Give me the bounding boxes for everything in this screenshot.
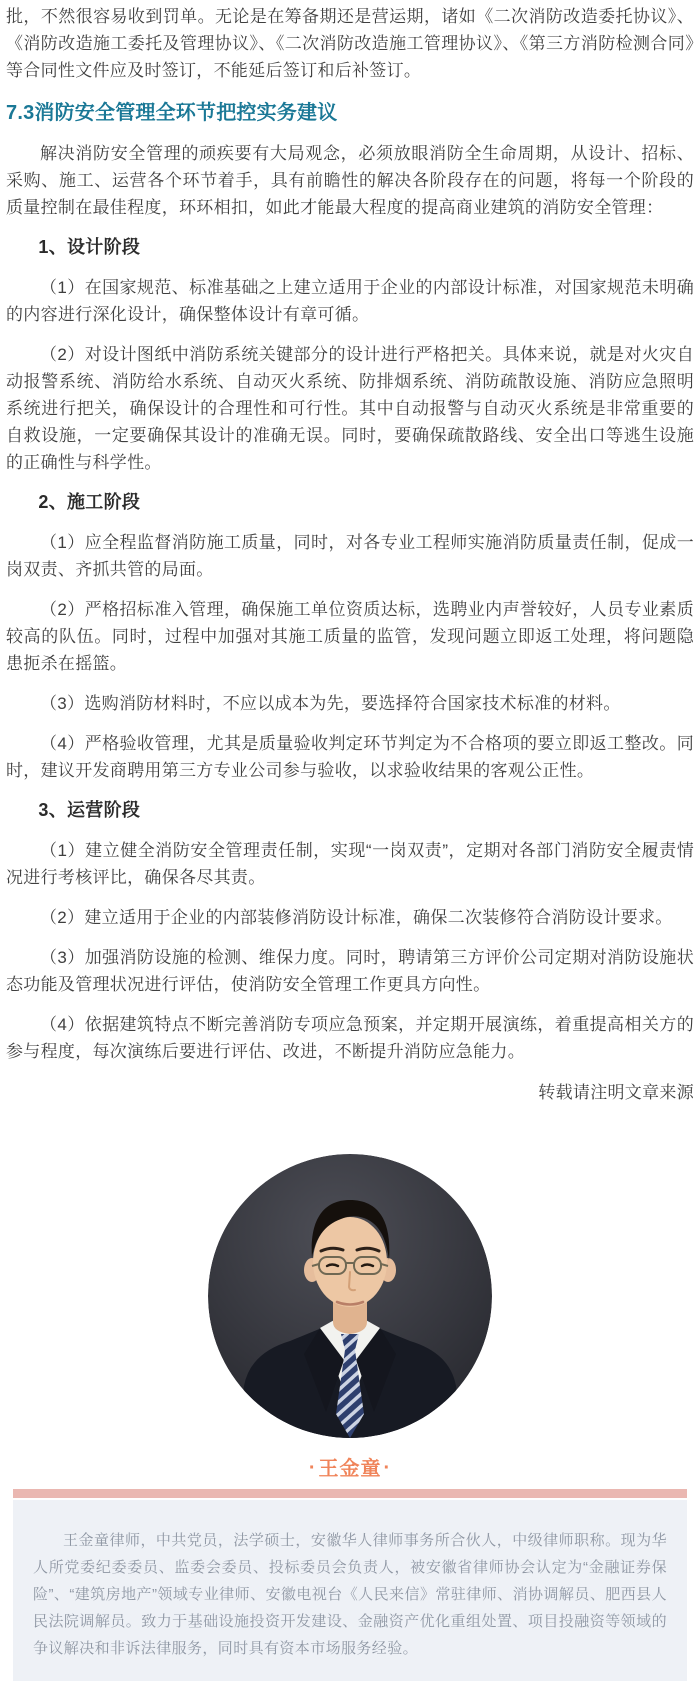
paragraph-construction-1: （1）应全程监督消防施工质量，同时，对各专业工程师实施消防质量责任制，促成一岗双… bbox=[6, 529, 694, 583]
section-heading-7-3: 7.3消防安全管理全环节把控实务建议 bbox=[6, 100, 694, 126]
paragraph-operation-1: （1）建立健全消防安全管理责任制，实现“一岗双责”，定期对各部门消防安全履责情况… bbox=[6, 837, 694, 891]
name-right-dot: · bbox=[382, 1457, 394, 1479]
paragraph-design-2: （2）对设计图纸中消防系统关键部分的设计进行严格把关。具体来说，就是对火灾自动报… bbox=[6, 341, 694, 476]
stage-heading-design: 1、设计阶段 bbox=[6, 234, 694, 261]
paragraph-design-1: （1）在国家规范、标准基础之上建立适用于企业的内部设计标准，对国家规范未明确的内… bbox=[6, 274, 694, 328]
article-page: 批，不然很容易收到罚单。无论是在筹备期还是营运期，诸如《二次消防改造委托协议》、… bbox=[0, 0, 700, 1681]
portrait-photo bbox=[208, 1154, 492, 1438]
author-name: ·王金童· bbox=[6, 1458, 694, 1480]
stage-heading-operation: 3、运营阶段 bbox=[6, 797, 694, 824]
paragraph-construction-2: （2）严格招标准入管理，确保施工单位资质达标，选聘业内声誉较好，人员专业素质较高… bbox=[6, 596, 694, 677]
paragraph-contract-signing: 批，不然很容易收到罚单。无论是在筹备期还是营运期，诸如《二次消防改造委托协议》、… bbox=[6, 3, 694, 84]
author-portrait-section bbox=[6, 1154, 694, 1446]
author-name-text: 王金童 bbox=[319, 1458, 382, 1480]
paragraph-construction-3: （3）选购消防材料时，不应以成本为先，要选择符合国家技术标准的材料。 bbox=[6, 690, 694, 717]
author-bio-text: 王金童律师，中共党员，法学硕士，安徽华人律师事务所合伙人，中级律师职称。现为华人… bbox=[33, 1527, 667, 1662]
pink-divider-bar bbox=[13, 1489, 687, 1498]
paragraph-construction-4: （4）严格验收管理，尤其是质量验收判定环节判定为不合格项的要立即返工整改。同时，… bbox=[6, 730, 694, 784]
reprint-notice: 转载请注明文章来源 bbox=[6, 1079, 694, 1106]
author-bio-card: 王金童律师，中共党员，法学硕士，安徽华人律师事务所合伙人，中级律师职称。现为华人… bbox=[13, 1500, 687, 1681]
paragraph-operation-2: （2）建立适用于企业的内部装修消防设计标准，确保二次装修符合消防设计要求。 bbox=[6, 904, 694, 931]
paragraph-overview: 解决消防安全管理的顽疾要有大局观念，必须放眼消防全生命周期，从设计、招标、采购、… bbox=[6, 140, 694, 221]
name-left-dot: · bbox=[307, 1457, 319, 1479]
stage-heading-construction: 2、施工阶段 bbox=[6, 489, 694, 516]
paragraph-operation-3: （3）加强消防设施的检测、维保力度。同时，聘请第三方评价公司定期对消防设施状态功… bbox=[6, 944, 694, 998]
paragraph-operation-4: （4）依据建筑特点不断完善消防专项应急预案，并定期开展演练，着重提高相关方的参与… bbox=[6, 1011, 694, 1065]
